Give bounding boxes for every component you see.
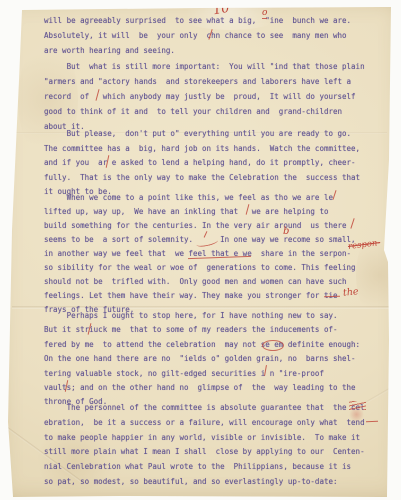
typed-line: fully. That is the only way to make the … <box>44 173 394 188</box>
scan-background: will be agreeably surprised to see what … <box>0 0 401 500</box>
typed-line: Perhaps I ought to stop here, for I have… <box>44 311 394 325</box>
typed-line: to make people happier in any world, vis… <box>44 433 394 448</box>
paragraph: When we come to a point like this, we fe… <box>44 193 394 319</box>
typed-line: But what is still more important: You wi… <box>44 62 394 77</box>
letter-page: will be agreeably surprised to see what … <box>0 0 401 500</box>
typed-line: tering valuable stock, no gilt-edged sec… <box>44 369 394 383</box>
paragraph: But please, don't put o" everything unti… <box>44 129 394 202</box>
typewritten-text: will be agreeably surprised to see what … <box>0 0 401 500</box>
typed-line: will be agreeably surprised to see what … <box>44 16 394 31</box>
typed-line: Absolutely, it will be your only chn cha… <box>44 31 394 46</box>
paragraph: The personnel of the committee is absolu… <box>44 403 394 492</box>
typed-line: lifted up, way up, We have an inkling th… <box>44 207 394 221</box>
typed-line: seems to be a sort of solemnity. In one … <box>44 235 394 249</box>
typed-line: The personnel of the committee is absolu… <box>44 403 394 418</box>
typed-line: should not be trifled with. Only good me… <box>44 277 394 291</box>
typed-line: When we come to a point like this, we fe… <box>44 193 394 207</box>
typed-line: so pat, so modest, so beautiful, and so … <box>44 477 394 492</box>
typed-line: build something for the centuries. In th… <box>44 221 394 235</box>
typed-line: But please, don't put o" everything unti… <box>44 129 394 144</box>
typed-line: still more plain what I mean I shall clo… <box>44 447 394 462</box>
typed-line: are worth hearing and seeing. <box>44 46 394 61</box>
typed-line: feelings. Let them have their way. They … <box>44 291 394 305</box>
typed-line: The committee has a big, hard job on its… <box>44 144 394 159</box>
paragraph: Perhaps I ought to stop here, for I have… <box>44 311 394 412</box>
typed-line: vaults; and on the other hand no glimpse… <box>44 383 394 397</box>
typed-line: On the one hand there are no "ields o" g… <box>44 354 394 368</box>
paragraph: will be agreeably surprised to see what … <box>44 16 394 138</box>
typed-line: ebration, be it a success or a failure, … <box>44 418 394 433</box>
typed-line: in another way we feel that we feel that… <box>44 249 394 263</box>
typed-line: "armers and "actory hands and storekeepe… <box>44 77 394 92</box>
typed-line: record of which anybody may justly be pr… <box>44 92 394 107</box>
typed-line: fered by me to attend the celebration ma… <box>44 340 394 354</box>
typed-line: and if you ar e asked to lend a helping … <box>44 158 394 173</box>
typed-line: good to think of it and to tell your chi… <box>44 107 394 122</box>
typed-line: But it striuck me that to some of my rea… <box>44 325 394 339</box>
typed-line: nial Cenlebration what Paul wrote to the… <box>44 462 394 477</box>
typed-line: so sibility for the weal or woe of gener… <box>44 263 394 277</box>
